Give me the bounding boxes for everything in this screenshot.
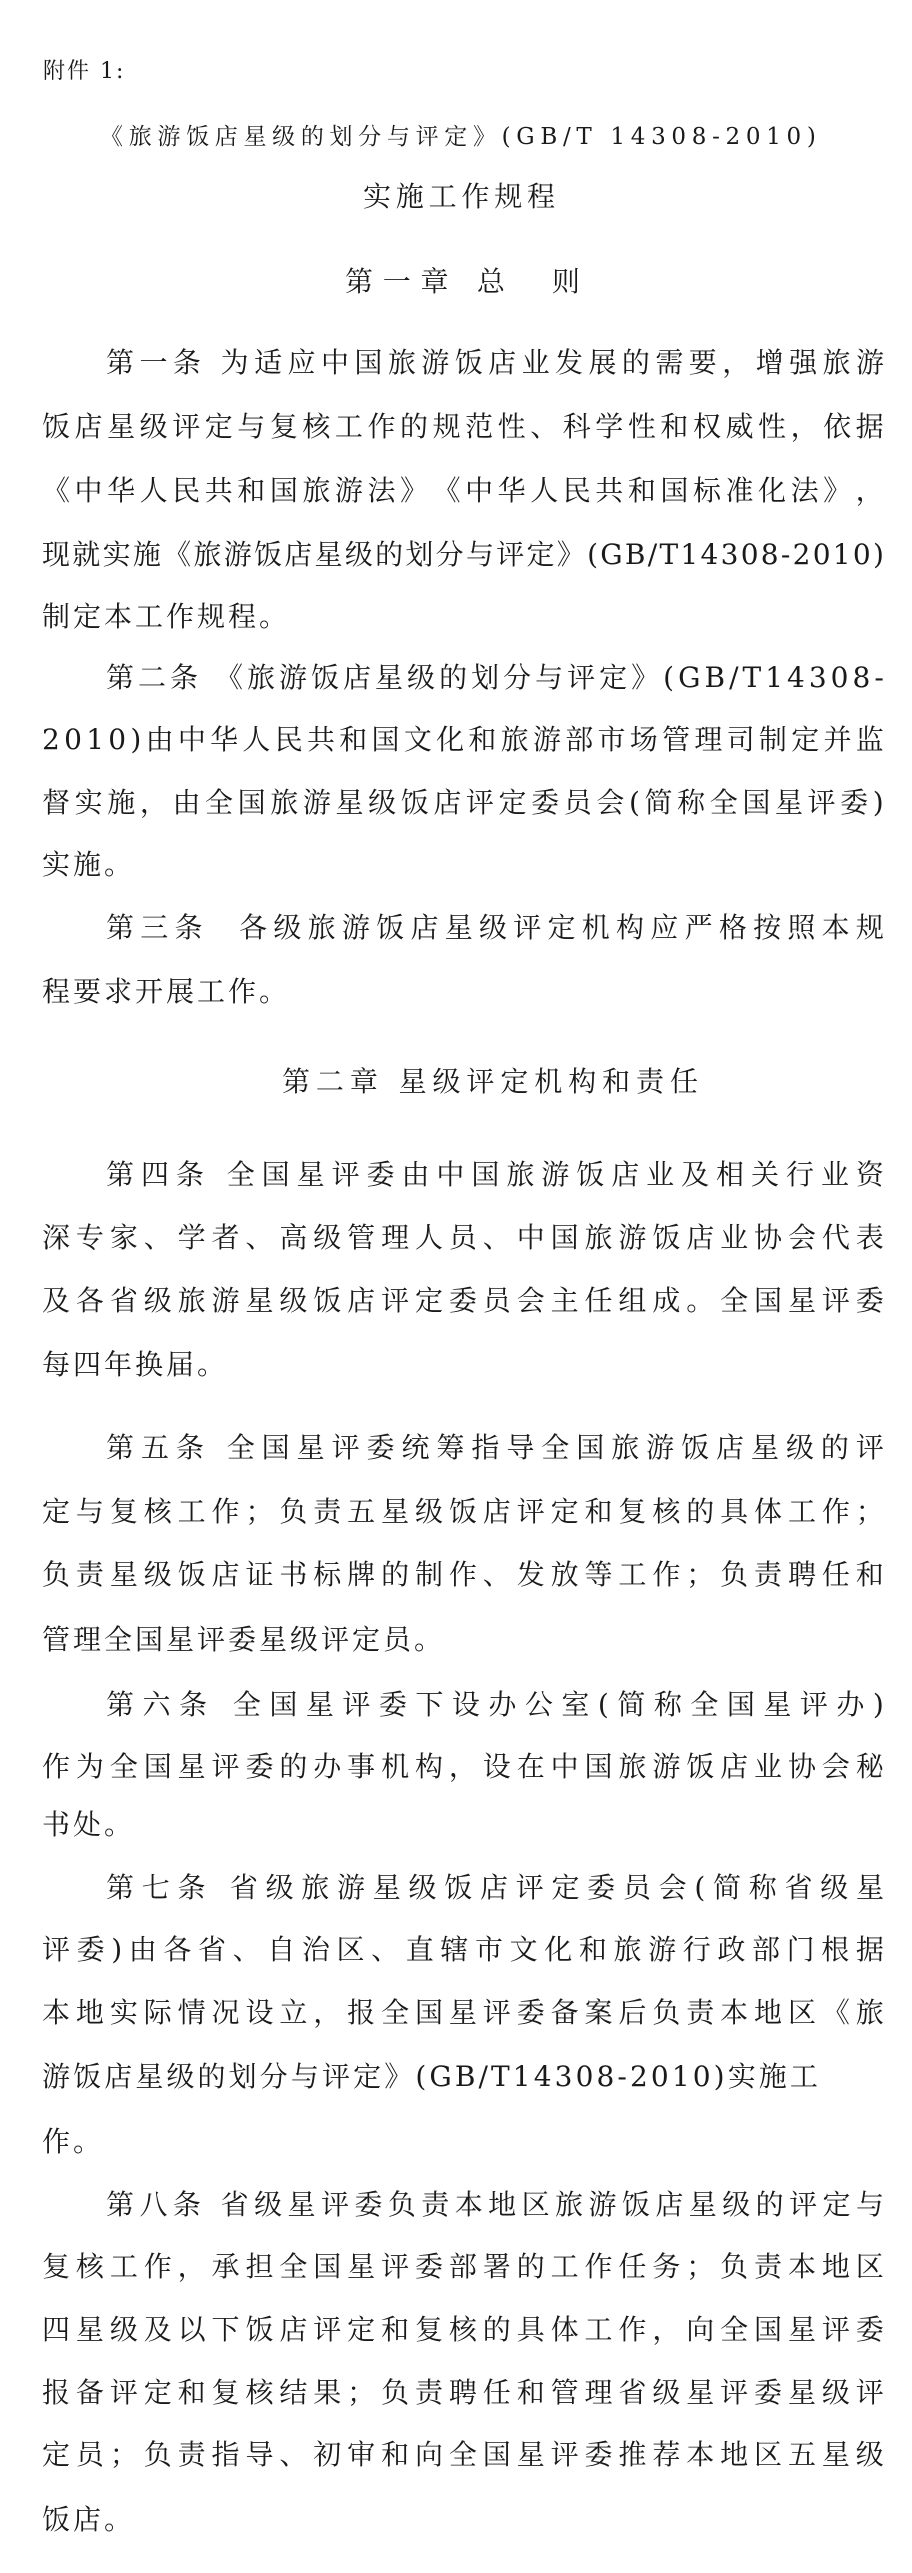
- document-title: 《旅游饭店星级的划分与评定》(GB/T 14308-2010): [100, 117, 816, 157]
- article-4-line: 每四年换届。: [42, 1345, 884, 1385]
- article-8-line: 复核工作，承担全国星评委部署的工作任务；负责本地区: [42, 2247, 884, 2287]
- article-6-line: 书处。: [42, 1805, 884, 1845]
- article-1-line: 饭店星级评定与复核工作的规范性、科学性和权威性，依据: [42, 407, 884, 447]
- article-7-line: 游饭店星级的划分与评定》(GB/T14308-2010)实施工: [42, 2057, 818, 2097]
- article-8-line: 饭店。: [42, 2500, 884, 2540]
- article-4-line: 及各省级旅游星级饭店评定委员会主任组成。全国星评委: [42, 1281, 884, 1321]
- article-4-line: 深专家、学者、高级管理人员、中国旅游饭店业协会代表: [42, 1218, 884, 1258]
- article-8-line: 四星级及以下饭店评定和复核的具体工作，向全国星评委: [42, 2310, 884, 2350]
- article-6-line: 作为全国星评委的办事机构，设在中国旅游饭店业协会秘: [42, 1747, 884, 1787]
- chapter-2-heading: 第二章 星级评定机构和责任: [282, 1062, 698, 1102]
- article-8-line: 第八条 省级星评委负责本地区旅游饭店星级的评定与: [106, 2185, 884, 2225]
- article-5-line: 负责星级饭店证书标牌的制作、发放等工作；负责聘任和: [42, 1555, 884, 1595]
- article-4-line: 第四条 全国星评委由中国旅游饭店业及相关行业资: [106, 1155, 884, 1195]
- document-subtitle: 实施工作规程: [363, 177, 555, 217]
- article-5-line: 定与复核工作；负责五星级饭店评定和复核的具体工作；: [42, 1492, 884, 1532]
- article-2-line: 督实施，由全国旅游星级饭店评定委员会(简称全国星评委): [42, 783, 884, 823]
- attachment-label: 附件 1:: [43, 52, 125, 92]
- article-2-line: 2010)由中华人民共和国文化和旅游部市场管理司制定并监: [42, 720, 884, 760]
- article-3-line: 程要求开展工作。: [42, 972, 884, 1012]
- article-5-line: 第五条 全国星评委统筹指导全国旅游饭店星级的评: [106, 1428, 884, 1468]
- article-6-line: 第六条 全国星评委下设办公室(简称全国星评办): [106, 1685, 884, 1725]
- chapter-1-heading: 第一章 总 则: [345, 262, 580, 302]
- article-7-line: 作。: [42, 2122, 884, 2162]
- article-1-line: 现就实施《旅游饭店星级的划分与评定》(GB/T14308-2010): [42, 535, 884, 575]
- article-1-line: 第一条 为适应中国旅游饭店业发展的需要，增强旅游: [106, 343, 884, 383]
- article-7-line: 评委)由各省、自治区、直辖市文化和旅游行政部门根据: [42, 1930, 884, 1970]
- article-1-line: 《中华人民共和国旅游法》《中华人民共和国标准化法》，: [42, 471, 884, 511]
- article-5-line: 管理全国星评委星级评定员。: [42, 1620, 884, 1660]
- article-2-line: 第二条 《旅游饭店星级的划分与评定》(GB/T14308-: [106, 658, 884, 698]
- article-1-line: 制定本工作规程。: [42, 597, 884, 637]
- article-8-line: 定员；负责指导、初审和向全国星评委推荐本地区五星级: [42, 2435, 884, 2475]
- article-8-line: 报备评定和复核结果；负责聘任和管理省级星评委星级评: [42, 2373, 884, 2413]
- article-7-line: 本地实际情况设立，报全国星评委备案后负责本地区《旅: [42, 1993, 884, 2033]
- article-7-line: 第七条 省级旅游星级饭店评定委员会(简称省级星: [106, 1868, 884, 1908]
- article-3-line: 第三条 各级旅游饭店星级评定机构应严格按照本规: [106, 908, 884, 948]
- article-2-line: 实施。: [42, 845, 884, 885]
